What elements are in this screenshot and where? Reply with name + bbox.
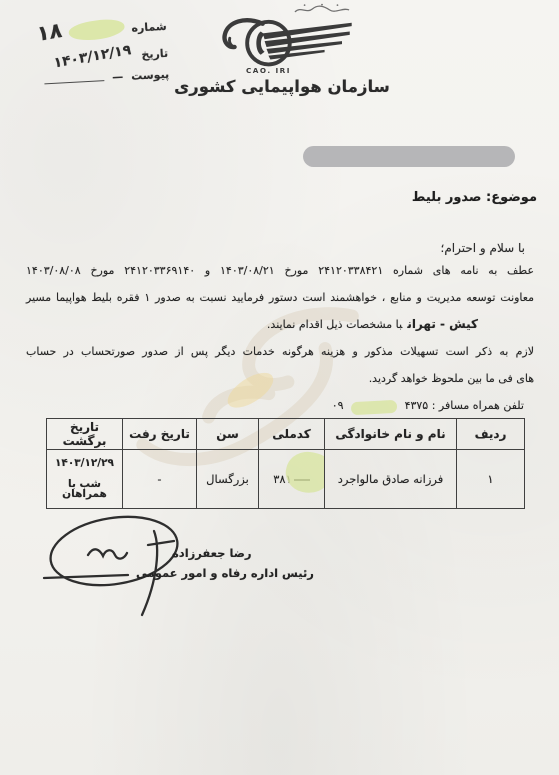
cao-caption: CAO. IRI	[246, 66, 291, 75]
body-line-3-rest: با مشخصات ذیل اقدام نمایند.	[267, 318, 407, 331]
org-name: سازمان هواپیمایی کشوری	[174, 77, 390, 96]
header-national-id: کدملی	[259, 419, 325, 450]
cell-full-name: فرزانه صادق مالواجرد	[325, 450, 457, 509]
cao-logo: CAO. IRI سازمان هواپیمایی کشوری	[187, 2, 377, 96]
date-label: تاریخ	[132, 46, 169, 61]
body-line-4: لازم به ذکر است تسهیلات مذکور و هزینه هر…	[26, 338, 534, 365]
cell-row-number: ۱	[457, 450, 525, 509]
return-date-value: ۱۴۰۳/۱۲/۲۹	[49, 458, 120, 469]
letter-body: عطف به نامه های شماره ۲۴۱۲۰۳۳۸۴۲۱ مورخ ۱…	[26, 257, 534, 419]
body-line-5: های فی ما بین ملحوظ خواهد گردید.	[26, 365, 534, 392]
bird-emblem-icon: CAO. IRI	[202, 16, 362, 76]
body-line-3: کیش - تهرانبا مشخصات ذیل اقدام نمایند.	[26, 311, 534, 338]
return-date-note: شب با همراهان	[49, 479, 120, 500]
route-kish-tehran: کیش - تهران	[407, 317, 478, 331]
attachment-label: پیوست	[131, 68, 170, 83]
attachment-line	[44, 80, 104, 84]
phone-label: تلفن همراه مسافر :	[432, 399, 524, 412]
phone-digits-end: ۴۳۷۵	[405, 399, 429, 412]
attachment-dash: —	[112, 70, 124, 84]
letter-date-row: تاریخ ۱۴۰۳/۱۲/۱۹	[8, 45, 169, 69]
phone-redaction-highlight	[351, 399, 398, 414]
letter-number-row: شماره ۱۸	[6, 14, 167, 46]
national-id-redaction-highlight	[282, 450, 325, 498]
table-header-row: ردیف نام و نام خانوادگی کدملی سن تاریخ ر…	[47, 419, 525, 450]
cell-national-id: ۳۸۱	[259, 450, 325, 509]
subject-line: موضوع: صدور بلیط	[412, 190, 537, 205]
signature-title: رئیس اداره رفاه و امور عمومی	[136, 566, 314, 580]
header-depart-date: تاریخ رفت	[123, 419, 197, 450]
letter-attachment-row: پیوست —	[9, 68, 169, 89]
date-value-handwritten: ۱۴۰۳/۱۲/۱۹	[54, 42, 133, 72]
logo-script-icon	[293, 2, 351, 16]
number-value-handwritten: ۱۸	[36, 18, 63, 47]
number-redaction-highlight	[68, 16, 126, 44]
signature-scribble-icon	[36, 505, 221, 623]
phone-line: تلفن همراه مسافر : ۴۳۷۵ ۰۹	[26, 392, 534, 419]
body-line-2: معاونت توسعه مدیریت و منابع ، خواهشمند ا…	[26, 284, 534, 311]
passenger-table: ردیف نام و نام خانوادگی کدملی سن تاریخ ر…	[46, 418, 524, 509]
header-age: سن	[197, 419, 259, 450]
body-line-1: عطف به نامه های شماره ۲۴۱۲۰۳۳۸۴۲۱ مورخ ۱…	[26, 257, 534, 284]
cell-age: بزرگسال	[197, 450, 259, 509]
signature-name: رضا جعفرزاده	[172, 546, 252, 560]
header-full-name: نام و نام خانوادگی	[325, 419, 457, 450]
header-return-date: تاریخ برگشت	[47, 419, 123, 450]
number-label: شماره	[130, 19, 167, 34]
scanned-letter-page: شماره ۱۸ تاریخ ۱۴۰۳/۱۲/۱۹ پیوست —	[0, 0, 559, 775]
salutation: با سلام و احترام؛	[441, 241, 525, 255]
redaction-bar	[303, 146, 515, 167]
phone-digits-start: ۰۹	[332, 399, 344, 412]
cell-depart-date: -	[123, 450, 197, 509]
header-row-number: ردیف	[457, 419, 525, 450]
letterhead-reference-block: شماره ۱۸ تاریخ ۱۴۰۳/۱۲/۱۹ پیوست —	[6, 14, 170, 96]
table-row: ۱ فرزانه صادق مالواجرد ۳۸۱ بزرگسال - ۱۴۰…	[47, 450, 525, 509]
cell-return-date: ۱۴۰۳/۱۲/۲۹ شب با همراهان	[47, 450, 123, 509]
